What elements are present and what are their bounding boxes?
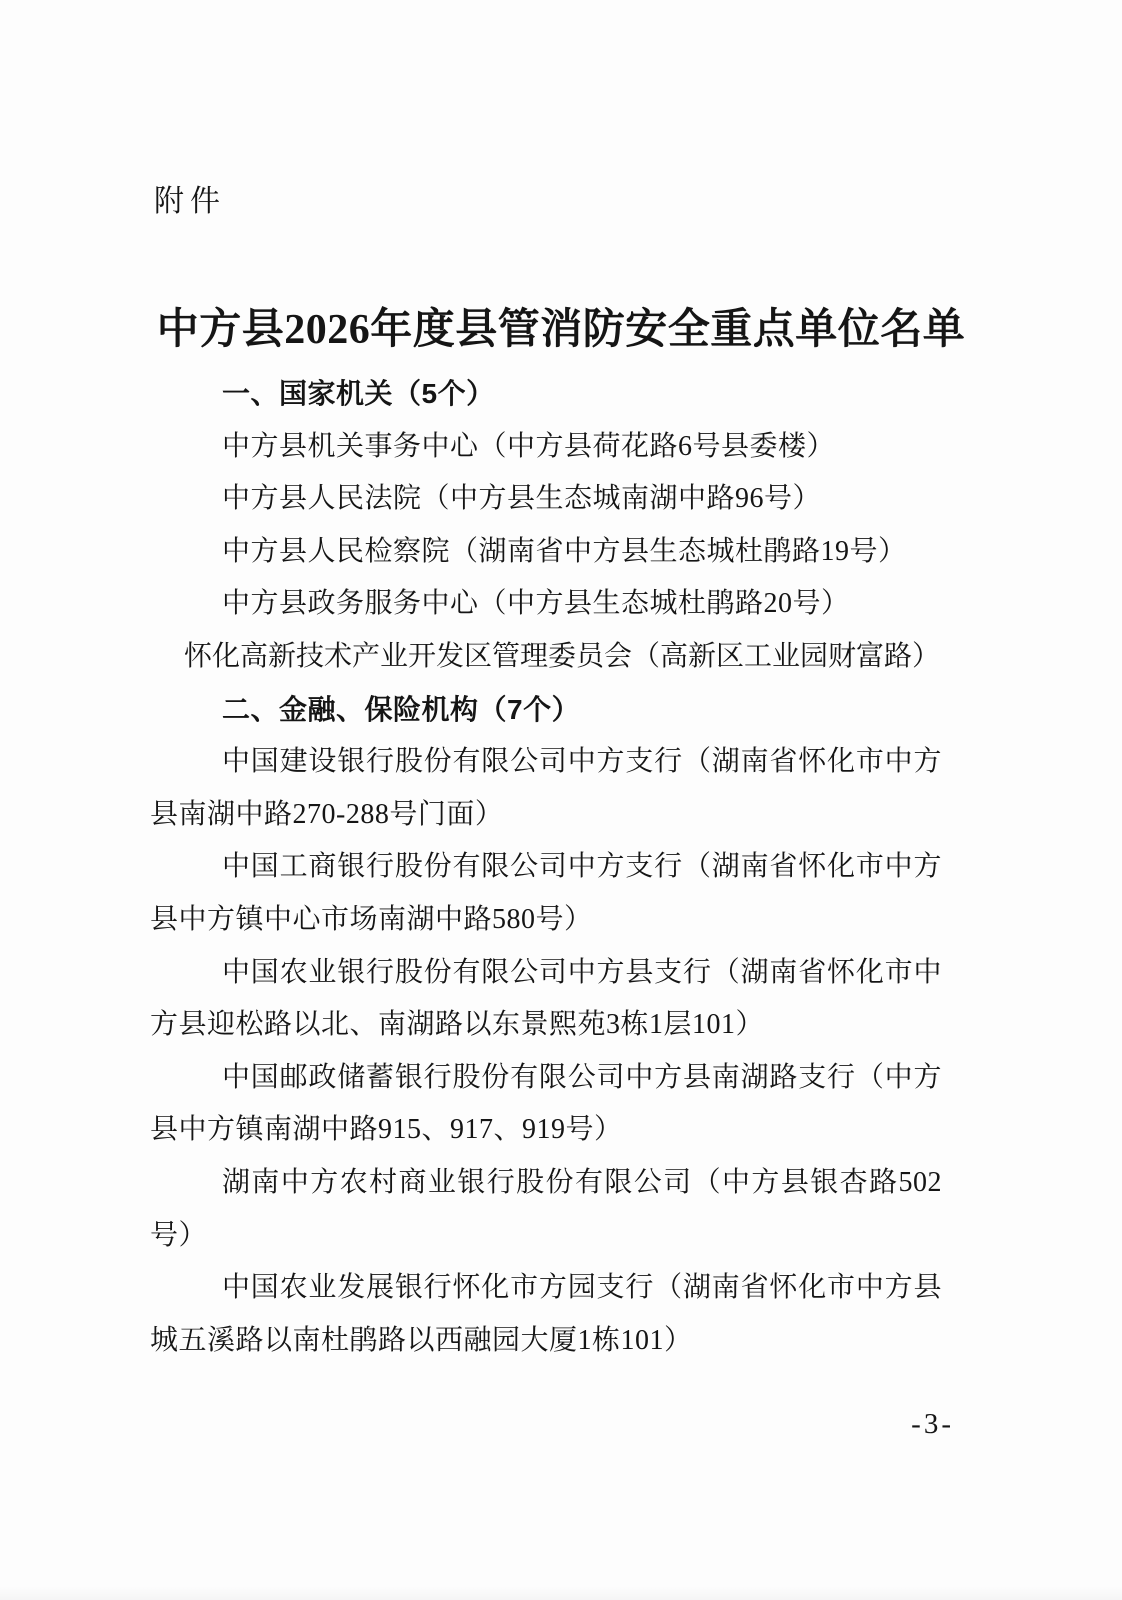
list-item: 中国邮政储蓄银行股份有限公司中方县南湖路支行（中方县中方镇南湖中路915、917… xyxy=(150,1052,942,1157)
list-item: 中国农业发展银行怀化市方园支行（湖南省怀化市中方县城五溪路以南杜鹃路以西融园大厦… xyxy=(150,1262,942,1367)
list-item: 中国工商银行股份有限公司中方支行（湖南省怀化市中方县中方镇中心市场南湖中路580… xyxy=(150,841,942,946)
list-item: 怀化高新技术产业开发区管理委员会（高新区工业园财富路） xyxy=(150,631,942,684)
page-number: -3- xyxy=(911,1408,954,1441)
document-title: 中方县2026年度县管消防安全重点单位名单 xyxy=(0,296,1122,356)
list-item: 中国农业银行股份有限公司中方县支行（湖南省怀化市中方县迎松路以北、南湖路以东景熙… xyxy=(150,947,942,1052)
list-item: 中国建设银行股份有限公司中方支行（湖南省怀化市中方县南湖中路270-288号门面… xyxy=(150,736,942,841)
list-item: 中方县人民法院（中方县生态城南湖中路96号） xyxy=(150,473,942,526)
attachment-label: 附件 xyxy=(154,176,226,220)
list-item: 中方县政务服务中心（中方县生态城杜鹃路20号） xyxy=(150,578,942,631)
section-heading-state-organs: 一、国家机关（5个） xyxy=(150,368,942,421)
list-item: 中方县人民检察院（湖南省中方县生态城杜鹃路19号） xyxy=(150,526,942,579)
document-body: 一、国家机关（5个） 中方县机关事务中心（中方县荷花路6号县委楼） 中方县人民法… xyxy=(150,368,942,1367)
list-item: 中方县机关事务中心（中方县荷花路6号县委楼） xyxy=(150,421,942,474)
list-item: 湖南中方农村商业银行股份有限公司（中方县银杏路502号） xyxy=(150,1157,942,1262)
document-page: 附件 中方县2026年度县管消防安全重点单位名单 一、国家机关（5个） 中方县机… xyxy=(0,0,1122,1600)
section-heading-finance-insurance: 二、金融、保险机构（7个） xyxy=(150,684,942,737)
